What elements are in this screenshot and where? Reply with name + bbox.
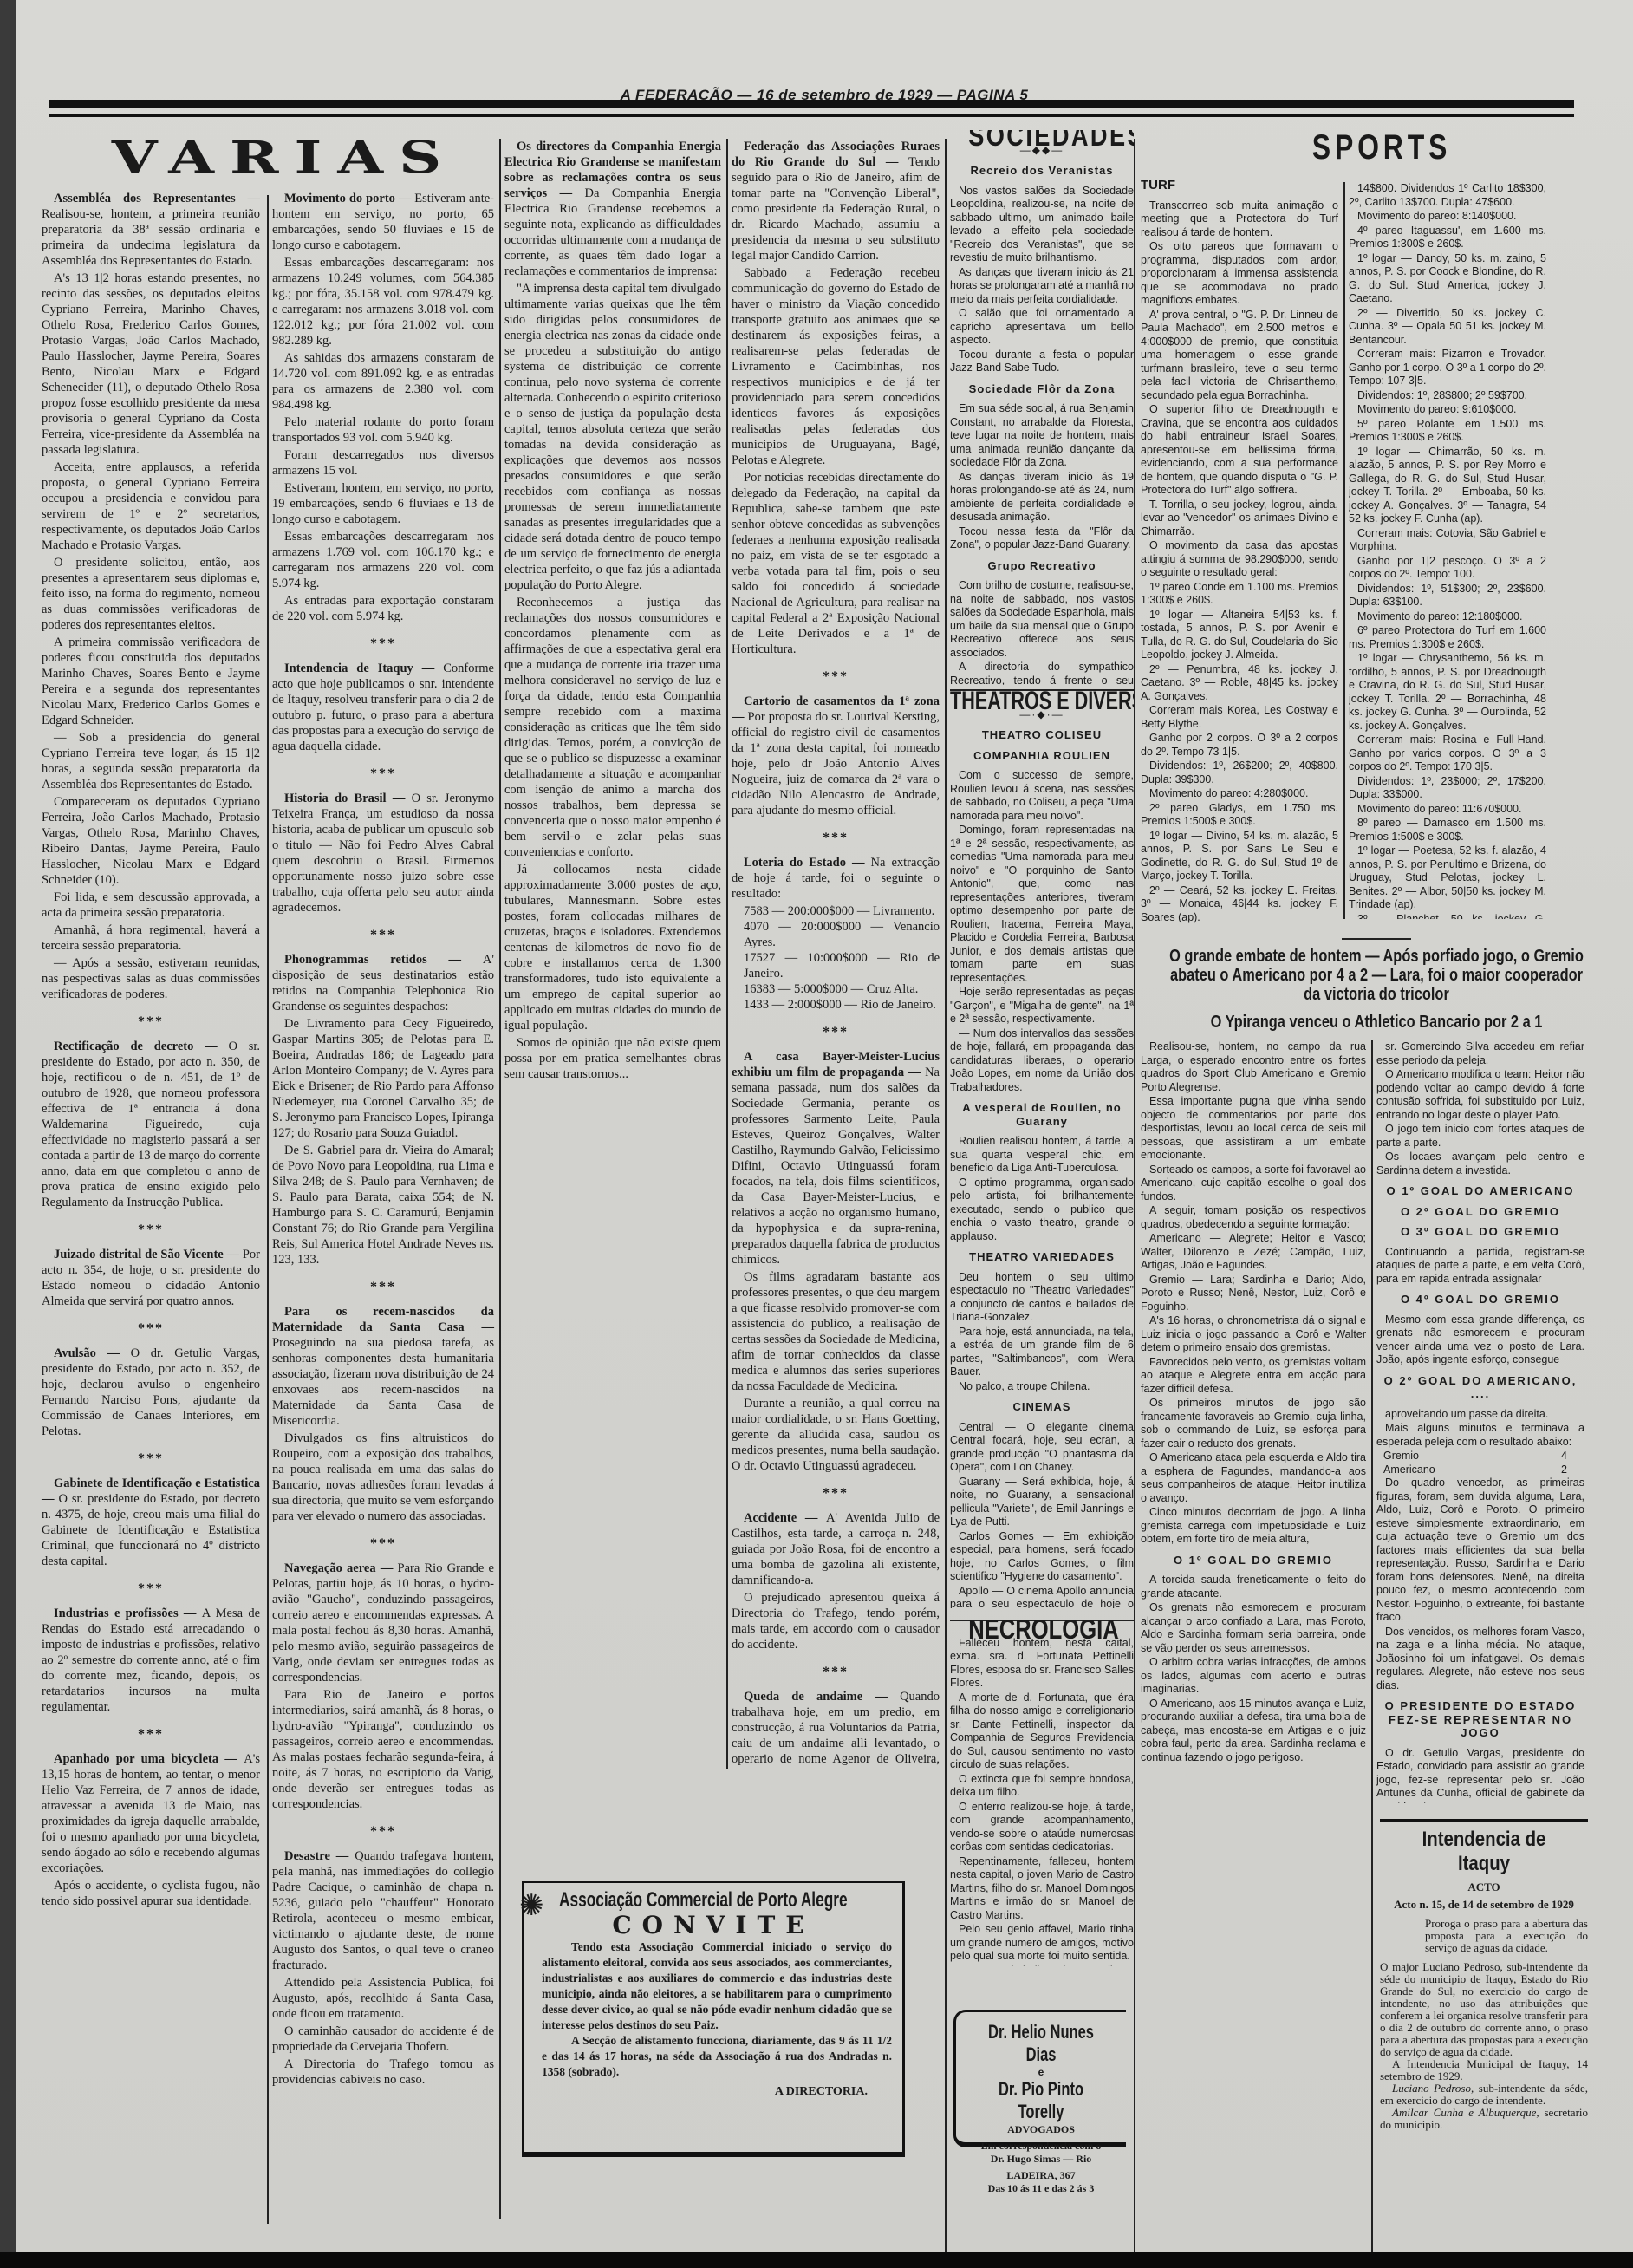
article-heading: A casa Bayer-Meister-Lucius exhibiu um f… bbox=[732, 1050, 940, 1079]
column-divider bbox=[499, 139, 501, 2219]
column-divider bbox=[726, 139, 728, 1769]
article-heading: Rectificação de decreto — bbox=[54, 1039, 228, 1053]
scan-bottom-edge bbox=[0, 2252, 1633, 2268]
article-paragraph: Para os recem-nascidos da Maternidade da… bbox=[272, 1304, 494, 1429]
loteria-number: 16383 bbox=[744, 982, 775, 996]
race-result: 5º pareo Rolante em 1.500 ms. Premios 1:… bbox=[1349, 418, 1546, 445]
separator-stars: *** bbox=[42, 1581, 260, 1597]
section-title-varias: VARIAS bbox=[111, 132, 458, 184]
loteria-prize: 20:000$000 bbox=[801, 920, 861, 934]
itaquy-title: Intendencia de Itaquy bbox=[1396, 1828, 1572, 1876]
loteria-number: 4070 bbox=[744, 920, 769, 934]
article-paragraph: Mesmo com essa grande differença, os gre… bbox=[1376, 1313, 1584, 1367]
article-paragraph: Foram descarregados nos diversos armazen… bbox=[272, 447, 494, 479]
article-text: sr. Gomercindo Silva accedeu em refiar e… bbox=[1376, 1040, 1584, 1066]
article-paragraph: Pelo seu genio affavel, Mario tinha um g… bbox=[950, 1923, 1134, 1964]
section-title-sociedades: SOCIEDADES bbox=[968, 130, 1116, 144]
ad-name-2: Dr. Pio Pinto Torelly bbox=[978, 2078, 1105, 2123]
article-paragraph: Historia do Brasil — O sr. Jeronymo Teix… bbox=[272, 791, 494, 916]
article-paragraph: Federação das Associações Ruraes do Rio … bbox=[732, 139, 940, 264]
article-text: Compareceram os deputados Cypriano Ferre… bbox=[42, 795, 260, 887]
article-paragraph: Pelo material rodante do porto foram tra… bbox=[272, 414, 494, 446]
article-paragraph: De Livramento para Cecy Figueiredo, Gasp… bbox=[272, 1016, 494, 1141]
article-text: O Americano modifica o team: Heitor não … bbox=[1376, 1068, 1584, 1121]
section-title-theatros: THEATROS E DIVERSÕES bbox=[950, 694, 1083, 708]
article-paragraph: Em sua séde social, á rua Benjamin Const… bbox=[950, 402, 1134, 470]
article-text: As sahidas dos armazens constaram de 14.… bbox=[272, 351, 494, 412]
race-result: A' prova central, o "G. P. Dr. Linneu de… bbox=[1141, 309, 1338, 403]
race-result: Dividendos: 1º, 28$800; 2º 59$700. bbox=[1349, 389, 1546, 403]
article-heading: Loteria do Estado — bbox=[744, 856, 871, 870]
separator-stars: *** bbox=[42, 1321, 260, 1337]
race-result: 6º pareo Protectora do Turf em 1.600 ms.… bbox=[1349, 624, 1546, 651]
article-paragraph: O optimo programma, organisado pelo arti… bbox=[950, 1176, 1134, 1244]
team-goals: 2 bbox=[1561, 1463, 1567, 1477]
subsection-heading: Recreio dos Veranistas bbox=[950, 164, 1134, 178]
separator-stars: *** bbox=[42, 1727, 260, 1743]
separator-stars: *** bbox=[42, 1222, 260, 1238]
article-text: Dos vencidos, os melhores foram Vasco, n… bbox=[1376, 1626, 1584, 1691]
article-heading: Juizado distrital de São Vicente — bbox=[54, 1248, 243, 1261]
section-title-sports: SPORTS bbox=[1187, 128, 1576, 167]
loteria-row: 4070 — 20:000$000 — Venancio Ayres. bbox=[732, 919, 940, 950]
article-text: O sr. Jeronymo Teixeira França, um estud… bbox=[272, 792, 494, 915]
loteria-prize: 5:000$000 bbox=[794, 982, 848, 996]
article-paragraph: O enterro realizou-se hoje, á tarde, com… bbox=[950, 1801, 1134, 1854]
article-heading: Industrias e profissões — bbox=[54, 1606, 202, 1620]
article-paragraph: As danças que tiveram inicio ás 21 horas… bbox=[950, 266, 1134, 307]
article-paragraph: "A imprensa desta capital tem divulgado … bbox=[504, 281, 721, 593]
race-result: Dividendos: 1º, 23$000; 2º, 17$200. Dupl… bbox=[1349, 775, 1546, 802]
article-text: De Livramento para Cecy Figueiredo, Gasp… bbox=[272, 1017, 494, 1140]
article-paragraph: O jogo tem inicio com fortes ataques de … bbox=[1376, 1123, 1584, 1150]
article-paragraph: Gremio — Lara; Sardinha e Dario; Aldo, P… bbox=[1141, 1274, 1366, 1314]
race-result: 14$800. Dividendos 1º Carlito 18$300, 2º… bbox=[1349, 182, 1546, 209]
ad-associacao-commercial: ✺ Associação Commercial de Porto Alegre … bbox=[522, 1881, 905, 2157]
sociedades-column: SOCIEDADES —◆◆— Recreio dos VeranistasNo… bbox=[950, 130, 1134, 685]
itaquy-acto-label: ACTO bbox=[1380, 1881, 1588, 1893]
article-paragraph: Juizado distrital de São Vicente — Por a… bbox=[42, 1247, 260, 1309]
article-paragraph: Realisou-se, hontem, no campo da rua Lar… bbox=[1141, 1040, 1366, 1094]
loteria-prize: 200:000$000 bbox=[788, 904, 855, 918]
varias-column-1: Assembléa dos Representantes — Realisou-… bbox=[42, 191, 260, 1911]
article-text: Attendido pela Assistencia Publica, foi … bbox=[272, 1976, 494, 2021]
article-paragraph: Já collocamos nesta cidade approximadame… bbox=[504, 862, 721, 1033]
article-text: Realisou-se, hontem, no campo da rua Lar… bbox=[1141, 1040, 1366, 1093]
article-paragraph: Tocou durante a festa o popular Jazz-Ban… bbox=[950, 349, 1134, 375]
article-text: Favorecidos pelo vento, os gremistas vol… bbox=[1141, 1356, 1366, 1395]
article-paragraph: Industrias e profissões — A Mesa de Rend… bbox=[42, 1606, 260, 1715]
separator-stars: *** bbox=[272, 1824, 494, 1840]
article-text: Pelo material rodante do porto foram tra… bbox=[272, 415, 494, 445]
article-text: Divulgados os fins altruisticos do Roupe… bbox=[272, 1431, 494, 1523]
football-headline: O grande embate de hontem — Após porfiad… bbox=[1163, 947, 1590, 1004]
article-text: O sr. presidente do Estado, por decreto … bbox=[42, 1492, 260, 1568]
race-result: 1º pareo Conde em 1.100 ms. Premios 1:30… bbox=[1141, 581, 1338, 608]
article-paragraph: Os directores da Companhia Energia Elect… bbox=[504, 139, 721, 279]
subsection-heading: O 2º GOAL DO GREMIO bbox=[1376, 1205, 1584, 1219]
article-text: O sr. presidente do Estado, por acto n. … bbox=[42, 1039, 260, 1209]
column-divider bbox=[267, 195, 269, 2224]
article-paragraph: Essas embarcações descarregaram: nos arm… bbox=[272, 255, 494, 349]
subsection-heading: O 1º GOAL DO GREMIO bbox=[1141, 1554, 1366, 1567]
score-row: Gremio4 bbox=[1376, 1450, 1584, 1463]
article-heading: Navegação aerea — bbox=[284, 1561, 398, 1575]
column-divider bbox=[945, 139, 947, 2254]
race-result: Correram mais: Rosina e Full-Hand. Ganho… bbox=[1349, 733, 1546, 774]
article-paragraph: Movimento do porto — Estiveram ante-hont… bbox=[272, 191, 494, 253]
article-text: "A imprensa desta capital tem divulgado … bbox=[504, 282, 721, 592]
race-result: Correram mais: Pizarron e Trovador. Ganh… bbox=[1349, 348, 1546, 388]
race-result: 1º logar — Divino, 54 ks. m. alazão, 5 a… bbox=[1141, 830, 1338, 883]
team-name: Gremio bbox=[1383, 1450, 1419, 1463]
football-column-1: Realisou-se, hontem, no campo da rua Lar… bbox=[1141, 1040, 1366, 1803]
article-text: O Americano ataca pela esquerda e Aldo t… bbox=[1141, 1451, 1366, 1504]
article-text: Os primeiros minutos de jogo são francam… bbox=[1141, 1397, 1366, 1450]
article-text: Foram descarregados nos diversos armazen… bbox=[272, 448, 494, 478]
section-title-necrologia: NECROLOGIA bbox=[968, 1623, 1116, 1637]
subsection-heading: O 1º GOAL DO AMERICANO bbox=[1376, 1184, 1584, 1198]
article-paragraph: Acceita, entre applausos, a referida pro… bbox=[42, 459, 260, 553]
article-heading: Accidente — bbox=[744, 1511, 826, 1525]
article-heading: Avulsão — bbox=[54, 1346, 131, 1360]
race-result: 1º logar — Dandy, 50 ks. m. zaino, 5 ann… bbox=[1349, 252, 1546, 306]
race-result: Dividendos: 1º, 51$300; 2º, 23$600. Dupl… bbox=[1349, 583, 1546, 609]
article-paragraph: Carlos Gomes — Em exhibição especial, pa… bbox=[950, 1530, 1134, 1584]
article-text: O dr. Getulio Vargas, presidente do Esta… bbox=[1376, 1747, 1584, 1804]
loteria-place: Cruz Alta. bbox=[867, 982, 919, 996]
separator-rule bbox=[1380, 1819, 1588, 1822]
separator-stars: *** bbox=[272, 766, 494, 782]
masthead-rule bbox=[49, 100, 1574, 108]
article-paragraph: Essas embarcações descarregaram nos arma… bbox=[272, 529, 494, 591]
article-paragraph: O Americano modifica o team: Heitor não … bbox=[1376, 1068, 1584, 1122]
subsection-heading: CINEMAS bbox=[950, 1400, 1134, 1414]
team-goals: 4 bbox=[1561, 1450, 1567, 1463]
article-paragraph: Gabinete de Identificação e Estatistica … bbox=[42, 1476, 260, 1569]
article-text: Após o accidente, o cyclista fugou, não … bbox=[42, 1879, 260, 1908]
article-text: Somos de opinião que não existe quem pos… bbox=[504, 1036, 721, 1081]
article-text: Realisou-se, hontem, a primeira reunião … bbox=[42, 207, 260, 268]
article-text: Na semana passada, num dos salões da Soc… bbox=[732, 1066, 940, 1267]
race-result: T. Torrilla, o seu jockey, logrou, ainda… bbox=[1141, 499, 1338, 539]
article-paragraph: O prejudicado apresentou queixa á Direct… bbox=[732, 1590, 940, 1652]
race-result: 2º — Ceará, 52 ks. jockey E. Freitas. 3º… bbox=[1141, 884, 1338, 925]
article-heading: Intendencia de Itaquy — bbox=[284, 661, 443, 675]
article-paragraph: sr. Gomercindo Silva accedeu em refiar e… bbox=[1376, 1040, 1584, 1067]
article-paragraph: Tocou nessa festa da "Flôr da Zona", o p… bbox=[950, 525, 1134, 552]
itaquy-closing: A Intendencia Municipal de Itaquy, 14 se… bbox=[1380, 2058, 1588, 2082]
article-text: A's 13 1|2 horas estando presentes, no r… bbox=[42, 271, 260, 457]
race-result: 4º pareo Itaguassu', em 1.600 ms. Premio… bbox=[1349, 225, 1546, 251]
race-result: Ganho por 1|2 pescoço. O 3º a 2 corpos d… bbox=[1349, 555, 1546, 582]
article-paragraph: A primeira commissão verificadora de pod… bbox=[42, 635, 260, 728]
itaquy-body: O major Luciano Pedroso, sub-intendente … bbox=[1380, 1961, 1588, 2058]
article-text: Já collocamos nesta cidade approximadame… bbox=[504, 863, 721, 1033]
ad-advogados: Dr. Helio Nunes Dias e Dr. Pio Pinto Tor… bbox=[953, 2010, 1126, 2147]
article-paragraph: Domingo, foram representadas na 1ª e 2ª … bbox=[950, 824, 1134, 985]
article-text: Quando trafegava hontem, pela manhã, nas… bbox=[272, 1849, 494, 1972]
article-paragraph: O Americano ataca pela esquerda e Aldo t… bbox=[1141, 1451, 1366, 1505]
article-paragraph: Dos vencidos, os melhores foram Vasco, n… bbox=[1376, 1626, 1584, 1693]
ad-hours: Das 10 ás 11 e das 2 ás 3 bbox=[956, 2182, 1126, 2195]
race-result: Transcorreo sob muita animação o meeting… bbox=[1141, 199, 1338, 240]
article-paragraph: Sabbado a Federação recebeu communicação… bbox=[732, 265, 940, 468]
ad-line-1: Em correspondencia com o bbox=[956, 2140, 1126, 2153]
article-text: A primeira commissão verificadora de pod… bbox=[42, 635, 260, 727]
loteria-prize: 10:000$000 bbox=[807, 951, 867, 965]
article-text: aproveitando um passe da direita. bbox=[1385, 1408, 1548, 1420]
article-paragraph: A torcida sauda freneticamente o feito d… bbox=[1141, 1574, 1366, 1600]
article-text: Do quadro vencedor, as primeiras figuras… bbox=[1376, 1476, 1584, 1623]
ad-line-2: Dr. Hugo Simas — Rio bbox=[956, 2153, 1126, 2166]
article-heading: Phonogrammas retidos — bbox=[284, 953, 483, 967]
article-paragraph: A's 13 1|2 horas estando presentes, no r… bbox=[42, 270, 260, 458]
article-paragraph: A morte de d. Fortunata, que éra filha d… bbox=[950, 1691, 1134, 1772]
separator-stars: *** bbox=[732, 669, 940, 685]
subsection-heading: O 4º GOAL DO GREMIO bbox=[1376, 1293, 1584, 1307]
article-text: — Após a sessão, estiveram reunidas, nas… bbox=[42, 956, 260, 1001]
article-paragraph: As entradas para exportação constaram de… bbox=[272, 593, 494, 624]
article-text: Essas embarcações descarregaram: nos arm… bbox=[272, 256, 494, 348]
article-text: A seguir, tomam posição os respectivos q… bbox=[1141, 1204, 1366, 1230]
loteria-row: 1433 — 2:000$000 — Rio de Janeiro. bbox=[732, 997, 940, 1013]
itaquy-acto-title: Acto n. 15, de 14 de setembro de 1929 bbox=[1380, 1899, 1588, 1911]
article-text: Tendo seguido para o Rio de Janeiro, afi… bbox=[732, 155, 940, 263]
article-paragraph: Sorteado os campos, a sorte foi favorave… bbox=[1141, 1163, 1366, 1204]
article-paragraph: No palco, a troupe Chilena. bbox=[950, 1380, 1134, 1394]
turf-label: TURF bbox=[1141, 179, 1338, 192]
article-text: Continuando a partida, registram-se ataq… bbox=[1376, 1246, 1584, 1285]
subsection-heading: THEATRO COLISEU bbox=[950, 728, 1134, 742]
article-text: Essas embarcações descarregaram nos arma… bbox=[272, 530, 494, 590]
scan-left-edge bbox=[0, 0, 16, 2268]
ad-connector: e bbox=[956, 2066, 1126, 2078]
article-paragraph: Amanhã, á hora regimental, haverá a terc… bbox=[42, 922, 260, 954]
article-paragraph: Para Rio de Janeiro e portos intermediar… bbox=[272, 1687, 494, 1812]
article-paragraph: Deu hontem o seu ultimo espectaculo no "… bbox=[950, 1271, 1134, 1325]
team-name: Americano bbox=[1383, 1463, 1435, 1477]
article-heading: Assembléa dos Representantes — bbox=[54, 192, 260, 205]
varias-column-2: Movimento do porto — Estiveram ante-hont… bbox=[272, 191, 494, 2089]
article-text: Proseguindo na sua piedosa tarefa, as se… bbox=[272, 1336, 494, 1428]
separator-stars: *** bbox=[272, 636, 494, 652]
subsection-heading: THEATRO VARIEDADES bbox=[950, 1250, 1134, 1264]
article-paragraph: Avulsão — O dr. Getulio Vargas, presiden… bbox=[42, 1346, 260, 1439]
article-paragraph: Os primeiros minutos de jogo são francam… bbox=[1141, 1397, 1366, 1450]
article-text: Foi lida, e sem descussão approvada, a a… bbox=[42, 890, 260, 920]
newspaper-page: A FEDERAÇÃO — 16 de setembro de 1929 — P… bbox=[16, 0, 1633, 2254]
article-text: A's 16 horas, o chronometrista dá o sign… bbox=[1141, 1314, 1366, 1353]
race-result: Correram mais Korea, Les Costway e Betty… bbox=[1141, 704, 1338, 731]
article-paragraph: aproveitando um passe da direita. bbox=[1376, 1408, 1584, 1422]
turf-column-2: 14$800. Dividendos 1º Carlito 18$300, 2º… bbox=[1349, 182, 1546, 919]
separator-stars: *** bbox=[272, 928, 494, 943]
itaquy-notice: Intendencia de Itaquy ACTO Acto n. 15, d… bbox=[1380, 1819, 1588, 2131]
ad-name-1: Dr. Helio Nunes Dias bbox=[978, 2021, 1105, 2066]
article-text: As entradas para exportação constaram de… bbox=[272, 594, 494, 623]
itaquy-summary: Proroga o praso para a abertura das prop… bbox=[1380, 1918, 1588, 1954]
column-divider bbox=[1134, 139, 1135, 2254]
article-paragraph: Foi lida, e sem descussão approvada, a a… bbox=[42, 890, 260, 921]
article-paragraph: Queda de andaime — Quando trabalhava hoj… bbox=[732, 1689, 940, 1769]
article-paragraph: Loteria do Estado — Na extracção de hoje… bbox=[732, 855, 940, 902]
column-divider bbox=[1371, 1040, 1373, 2254]
ad-assoc-para-2: A Secção de alistamento funcciona, diari… bbox=[524, 2033, 902, 2080]
article-paragraph: Durante a reunião, a qual correu na maio… bbox=[732, 1396, 940, 1474]
article-paragraph: A's 16 horas, o chronometrista dá o sign… bbox=[1141, 1314, 1366, 1355]
article-paragraph: Favorecidos pelo vento, os gremistas vol… bbox=[1141, 1356, 1366, 1397]
race-result: Ganho por 2 corpos. O 3º a 2 corpos do 2… bbox=[1141, 732, 1338, 759]
race-result: 2º — Penumbra, 48 ks. jockey J. Caetano.… bbox=[1141, 663, 1338, 704]
article-paragraph: Hoje serão representadas as peças "Garço… bbox=[950, 986, 1134, 1026]
separator-stars: *** bbox=[732, 1486, 940, 1502]
article-text: Amanhã, á hora regimental, haverá a terc… bbox=[42, 923, 260, 953]
article-paragraph: O dr. Getulio Vargas, presidente do Esta… bbox=[1376, 1747, 1584, 1804]
separator-stars: *** bbox=[732, 1025, 940, 1040]
separator-stars: *** bbox=[42, 1014, 260, 1030]
article-text: Essa importante pugna que vinha sendo ob… bbox=[1141, 1095, 1366, 1161]
article-paragraph: Continuando a partida, registram-se ataq… bbox=[1376, 1246, 1584, 1287]
article-text: Reconhecemos a justiça das reclamações d… bbox=[504, 596, 721, 859]
article-paragraph: Assembléa dos Representantes — Realisou-… bbox=[42, 191, 260, 269]
article-text: O prejudicado apresentou queixa á Direct… bbox=[732, 1591, 940, 1652]
race-result: Os oito pareos que formavam o programma,… bbox=[1141, 240, 1338, 308]
separator-stars: *** bbox=[272, 1280, 494, 1295]
loteria-number: 1433 bbox=[744, 998, 769, 1012]
article-paragraph: Os grenats não esmorecem e procuram alca… bbox=[1141, 1601, 1366, 1655]
article-paragraph: A Directoria do Trafego tomou as provide… bbox=[272, 2056, 494, 2088]
race-result: 1º logar — Poetesa, 52 ks. f. alazão, 4 … bbox=[1349, 844, 1546, 912]
article-paragraph: Americano — Alegrete; Heitor e Vasco; Wa… bbox=[1141, 1232, 1366, 1273]
itaquy-signatory-1: Luciano Pedroso, bbox=[1392, 2082, 1474, 2095]
loteria-row: 17527 — 10:000$000 — Rio de Janeiro. bbox=[732, 950, 940, 981]
article-text: O arbitro cobra varias infracções, de am… bbox=[1141, 1656, 1366, 1695]
article-text: Americano — Alegrete; Heitor e Vasco; Wa… bbox=[1141, 1232, 1366, 1271]
article-paragraph: A seguir, tomam posição os respectivos q… bbox=[1141, 1204, 1366, 1231]
article-text: Para Rio Grande e Pelotas, partiu hoje, … bbox=[272, 1561, 494, 1685]
article-paragraph: Compareceram os deputados Cypriano Ferre… bbox=[42, 794, 260, 888]
subsection-heading: COMPANHIA ROULIEN bbox=[950, 749, 1134, 763]
article-text: Para Rio de Janeiro e portos intermediar… bbox=[272, 1688, 494, 1811]
separator-rule bbox=[1342, 938, 1411, 940]
race-result: 1º logar — Chimarrão, 50 ks. m. alazão, … bbox=[1349, 446, 1546, 526]
loteria-place: Rio de Janeiro. bbox=[861, 998, 936, 1012]
article-text: O jogo tem inicio com fortes ataques de … bbox=[1376, 1123, 1584, 1149]
article-paragraph: Mais alguns minutos e terminava a espera… bbox=[1376, 1422, 1584, 1449]
article-paragraph: O presidente solicitou, então, aos prese… bbox=[42, 555, 260, 633]
article-paragraph: Phonogrammas retidos — A' disposição de … bbox=[272, 952, 494, 1014]
necrologia-column: NECROLOGIA Falleceu hontem, nesta caital… bbox=[950, 1620, 1134, 1966]
article-text: A's 13,15 horas de hontem, ao tentar, o … bbox=[42, 1752, 260, 1875]
ad-role: ADVOGADOS bbox=[956, 2123, 1126, 2136]
article-paragraph: A casa Bayer-Meister-Lucius exhibiu um f… bbox=[732, 1049, 940, 1268]
article-text: A Mesa de Rendas do Estado está arrecada… bbox=[42, 1606, 260, 1714]
article-paragraph: — Após a sessão, estiveram reunidas, nas… bbox=[42, 955, 260, 1002]
article-paragraph: Rectificação de decreto — O sr. presiden… bbox=[42, 1039, 260, 1210]
article-text: Os films agradaram bastante aos professo… bbox=[732, 1270, 940, 1393]
ad-address: LADEIRA, 367 bbox=[956, 2169, 1126, 2182]
article-paragraph: Navegação aerea — Para Rio Grande e Pelo… bbox=[272, 1561, 494, 1685]
article-paragraph: O Americano, aos 15 minutos avança e Lui… bbox=[1141, 1698, 1366, 1765]
article-paragraph: O caminhão causador do accidente é de pr… bbox=[272, 2024, 494, 2055]
column-divider bbox=[1343, 182, 1345, 919]
article-text: O Americano, aos 15 minutos avança e Lui… bbox=[1141, 1698, 1366, 1763]
loteria-row: 7583 — 200:000$000 — Livramento. bbox=[732, 903, 940, 919]
article-paragraph: As danças tiveram inicio ás 19 horas pro… bbox=[950, 471, 1134, 525]
race-result: Correram mais: Cotovia, São Gabriel e Mo… bbox=[1349, 527, 1546, 554]
masthead-rule-thin bbox=[49, 114, 1574, 117]
article-heading: Desastre — bbox=[284, 1849, 355, 1863]
separator-stars: *** bbox=[272, 1536, 494, 1552]
article-paragraph: De S. Gabriel para dr. Vieira do Amaral;… bbox=[272, 1143, 494, 1268]
article-paragraph: — Num dos intervallos das sessões de hoj… bbox=[950, 1027, 1134, 1095]
article-text: Por proposta do sr. Lourival Kersting, o… bbox=[732, 710, 940, 818]
race-result: Movimento do pareo: 11:670$000. bbox=[1349, 803, 1546, 817]
article-paragraph: Desastre — Quando trafegava hontem, pela… bbox=[272, 1848, 494, 1973]
article-paragraph: Reconhecemos a justiça das reclamações d… bbox=[504, 595, 721, 860]
article-text: De S. Gabriel para dr. Vieira do Amaral;… bbox=[272, 1144, 494, 1267]
article-paragraph: Apollo — O cinema Apollo annuncia para o… bbox=[950, 1585, 1134, 1609]
article-heading: Historia do Brasil — bbox=[284, 792, 412, 805]
article-paragraph: Com brilho de costume, realisou-se, na n… bbox=[950, 579, 1134, 660]
article-paragraph: O salão que foi ornamentado a capricho a… bbox=[950, 307, 1134, 348]
article-text: Cinco minutos decorriam de jogo. A linha… bbox=[1141, 1506, 1366, 1545]
itaquy-signatory-2: Amilcar Cunha e Albuquerque, bbox=[1392, 2106, 1539, 2119]
article-heading: Apanhado por uma bicycleta — bbox=[54, 1752, 244, 1766]
varias-column-4: Federação das Associações Ruraes do Rio … bbox=[732, 139, 940, 1769]
article-paragraph: Do quadro vencedor, as primeiras figuras… bbox=[1376, 1476, 1584, 1625]
article-paragraph: Repentinamente, falleceu, hontem nesta c… bbox=[950, 1855, 1134, 1923]
varias-column-3: Os directores da Companhia Energia Elect… bbox=[504, 139, 721, 1769]
article-paragraph: Estiveram, hontem, em serviço, no porto,… bbox=[272, 480, 494, 527]
loteria-place: Livramento. bbox=[873, 904, 934, 918]
article-paragraph: A directoria do sympathico Recreativo, t… bbox=[950, 661, 1134, 685]
article-text: Sorteado os campos, a sorte foi favorave… bbox=[1141, 1163, 1366, 1202]
race-result: 1º logar — Chrysanthemo, 56 ks. m. tordi… bbox=[1349, 652, 1546, 733]
article-paragraph: Intendencia de Itaquy — Conforme acto qu… bbox=[272, 661, 494, 754]
race-result: Movimento do pareo: 4:280$000. bbox=[1141, 787, 1338, 801]
race-result: 2º pareo Gladys, em 1.750 ms. Premios 1:… bbox=[1141, 802, 1338, 829]
subsection-heading: O PRESIDENTE DO ESTADO FEZ-SE REPRESENTA… bbox=[1376, 1699, 1584, 1740]
ad-assoc-subtitle: CONVITE bbox=[524, 1911, 902, 1939]
article-text: Os grenats não esmorecem e procuram alca… bbox=[1141, 1601, 1366, 1654]
article-paragraph: Divulgados os fins altruisticos do Roupe… bbox=[272, 1431, 494, 1524]
loteria-prize: 2:000$000 bbox=[788, 998, 842, 1012]
race-result: Dividendos: 1º, 26$200; 2º, 40$800. Dupl… bbox=[1141, 759, 1338, 786]
article-paragraph: O extincta que foi sempre bondosa, deixa… bbox=[950, 1773, 1134, 1800]
race-result: Movimento do pareo: 12:180$000. bbox=[1349, 610, 1546, 624]
separator-stars: *** bbox=[732, 831, 940, 846]
article-text: O presidente solicitou, então, aos prese… bbox=[42, 556, 260, 632]
subsection-heading: O 3º GOAL DO GREMIO bbox=[1376, 1225, 1584, 1239]
separator-stars: *** bbox=[732, 1665, 940, 1680]
race-result: 1º logar — Altaneira 54|53 ks. f. tostad… bbox=[1141, 609, 1338, 662]
article-text: Durante a reunião, a qual correu na maio… bbox=[732, 1397, 940, 1473]
score-row: Americano2 bbox=[1376, 1463, 1584, 1477]
turf-column-1: TURF Transcorreo sob muita animação o me… bbox=[1141, 179, 1338, 924]
article-paragraph: Após o accidente, o cyclista fugou, não … bbox=[42, 1878, 260, 1909]
article-text: Sabbado a Federação recebeu communicação… bbox=[732, 266, 940, 467]
article-paragraph: O arbitro cobra varias infracções, de am… bbox=[1141, 1656, 1366, 1697]
article-paragraph: Apanhado por uma bicycleta — A's 13,15 h… bbox=[42, 1751, 260, 1876]
loteria-results: 7583 — 200:000$000 — Livramento.4070 — 2… bbox=[732, 903, 940, 1013]
article-text: A Directoria do Trafego tomou as provide… bbox=[272, 2057, 494, 2087]
article-paragraph: Essa importante pugna que vinha sendo ob… bbox=[1141, 1095, 1366, 1163]
article-text: Gremio — Lara; Sardinha e Dario; Aldo, P… bbox=[1141, 1274, 1366, 1313]
race-result: 2º — Divertido, 50 ks. jockey C. Cunha. … bbox=[1349, 307, 1546, 348]
article-paragraph: Roulien realisou hontem, á tarde, a sua … bbox=[950, 1135, 1134, 1176]
